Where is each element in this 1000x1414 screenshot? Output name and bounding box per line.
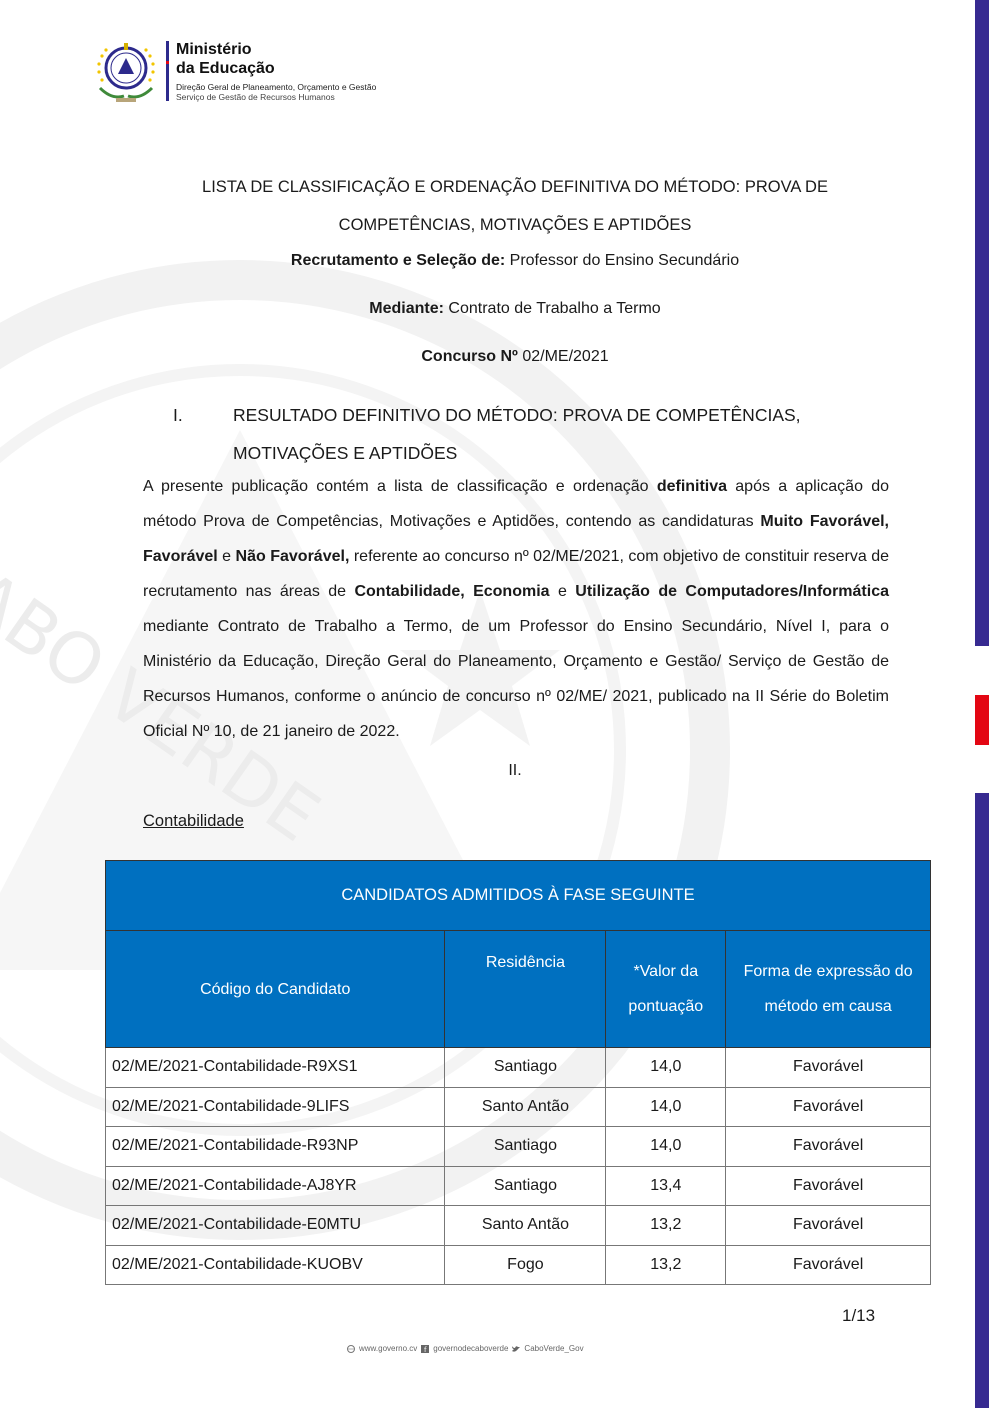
cell-residence: Santo Antão: [445, 1206, 606, 1246]
service-name: Serviço de Gestão de Recursos Humanos: [176, 92, 376, 102]
cell-result: Favorável: [726, 1087, 931, 1127]
cell-code: 02/ME/2021-Contabilidade-KUOBV: [106, 1245, 445, 1285]
cell-code: 02/ME/2021-Contabilidade-R9XS1: [106, 1048, 445, 1088]
para-text: A presente publicação contém a lista de …: [143, 478, 657, 495]
recruitment-line: Recrutamento e Seleção de: Professor do …: [100, 252, 930, 270]
side-bar-blue-top: [975, 0, 989, 646]
para-bold: Utilização de Computadores/Informática: [575, 583, 889, 600]
facebook-link[interactable]: governodecaboverde: [433, 1344, 508, 1353]
globe-icon: [347, 1345, 355, 1353]
cell-score: 13,2: [606, 1245, 726, 1285]
recruitment-value: Professor do Ensino Secundário: [510, 252, 739, 269]
table-row: 02/ME/2021-Contabilidade-R93NPSantiago14…: [106, 1127, 931, 1167]
footer-links: www.governo.cv f governodecaboverde Cabo…: [347, 1344, 584, 1353]
section-1-title-line-1: RESULTADO DEFINITIVO DO MÉTODO: PROVA DE…: [233, 396, 873, 434]
twitter-icon: [512, 1345, 520, 1353]
para-bold: Não Favorável,: [236, 548, 350, 565]
para-text: mediante Contrato de Trabalho a Termo, d…: [143, 618, 889, 740]
contest-line: Concurso Nº 02/ME/2021: [100, 348, 930, 366]
para-text: e: [218, 548, 236, 565]
contest-label: Concurso Nº: [421, 348, 518, 365]
cell-residence: Santo Antão: [445, 1087, 606, 1127]
coat-of-arms-icon: [90, 38, 162, 108]
cell-code: 02/ME/2021-Contabilidade-9LIFS: [106, 1087, 445, 1127]
table-title: CANDIDATOS ADMITIDOS À FASE SEGUINTE: [106, 861, 931, 931]
col-header-code: Código do Candidato: [106, 931, 445, 1048]
cell-code: 02/ME/2021-Contabilidade-R93NP: [106, 1127, 445, 1167]
cell-result: Favorável: [726, 1048, 931, 1088]
twitter-link[interactable]: CaboVerde_Gov: [524, 1344, 583, 1353]
section-1-number: I.: [173, 396, 183, 434]
facebook-icon: f: [421, 1345, 429, 1353]
cell-result: Favorável: [726, 1206, 931, 1246]
directorate-name: Direção Geral de Planeamento, Orçamento …: [176, 82, 376, 92]
cell-residence: Santiago: [445, 1166, 606, 1206]
header-divider: [166, 41, 169, 101]
side-bar-red: [975, 695, 989, 745]
cell-result: Favorável: [726, 1166, 931, 1206]
contract-label: Mediante:: [369, 300, 444, 317]
para-bold: definitiva: [657, 478, 727, 495]
table-row: 02/ME/2021-Contabilidade-R9XS1Santiago14…: [106, 1048, 931, 1088]
section-2-number: II.: [100, 762, 930, 780]
cell-code: 02/ME/2021-Contabilidade-AJ8YR: [106, 1166, 445, 1206]
cell-score: 14,0: [606, 1127, 726, 1167]
website-link[interactable]: www.governo.cv: [359, 1344, 417, 1353]
col-header-expression: Forma de expressão do método em causa: [726, 931, 931, 1048]
cell-residence: Fogo: [445, 1245, 606, 1285]
cell-residence: Santiago: [445, 1048, 606, 1088]
title-line-2: COMPETÊNCIAS, MOTIVAÇÕES E APTIDÕES: [100, 206, 930, 244]
para-text: e: [550, 583, 576, 600]
table-row: 02/ME/2021-Contabilidade-AJ8YRSantiago13…: [106, 1166, 931, 1206]
candidates-table: CANDIDATOS ADMITIDOS À FASE SEGUINTE Cód…: [105, 860, 931, 1285]
col-header-residence: Residência: [445, 931, 606, 1048]
cell-result: Favorável: [726, 1127, 931, 1167]
ministry-header: Ministério da Educação Direção Geral de …: [176, 40, 376, 102]
cell-score: 14,0: [606, 1087, 726, 1127]
contract-line: Mediante: Contrato de Trabalho a Termo: [100, 300, 930, 318]
section-1-title: RESULTADO DEFINITIVO DO MÉTODO: PROVA DE…: [233, 396, 873, 472]
para-bold: Contabilidade, Economia: [354, 583, 549, 600]
cell-residence: Santiago: [445, 1127, 606, 1167]
ministry-name-line1: Ministério: [176, 40, 376, 59]
cell-code: 02/ME/2021-Contabilidade-E0MTU: [106, 1206, 445, 1246]
side-bar-blue-bottom: [975, 793, 989, 1408]
table-row: 02/ME/2021-Contabilidade-E0MTUSanto Antã…: [106, 1206, 931, 1246]
page-number: 1/13: [842, 1306, 875, 1326]
title-line-1: LISTA DE CLASSIFICAÇÃO E ORDENAÇÃO DEFIN…: [100, 168, 930, 206]
table-row: 02/ME/2021-Contabilidade-KUOBVFogo13,2Fa…: [106, 1245, 931, 1285]
ministry-name-line2: da Educação: [176, 59, 376, 78]
intro-paragraph: A presente publicação contém a lista de …: [143, 469, 889, 749]
recruitment-label: Recrutamento e Seleção de:: [291, 252, 505, 269]
cell-result: Favorável: [726, 1245, 931, 1285]
cell-score: 14,0: [606, 1048, 726, 1088]
col-header-score: *Valor da pontuação: [606, 931, 726, 1048]
cell-score: 13,4: [606, 1166, 726, 1206]
table-row: 02/ME/2021-Contabilidade-9LIFSSanto Antã…: [106, 1087, 931, 1127]
contest-value: 02/ME/2021: [522, 348, 608, 365]
cell-score: 13,2: [606, 1206, 726, 1246]
section-1-title-line-2: MOTIVAÇÕES E APTIDÕES: [233, 434, 873, 472]
subheading-contabilidade: Contabilidade: [143, 812, 244, 831]
contract-value: Contrato de Trabalho a Termo: [448, 300, 660, 317]
document-title: LISTA DE CLASSIFICAÇÃO E ORDENAÇÃO DEFIN…: [100, 168, 930, 244]
